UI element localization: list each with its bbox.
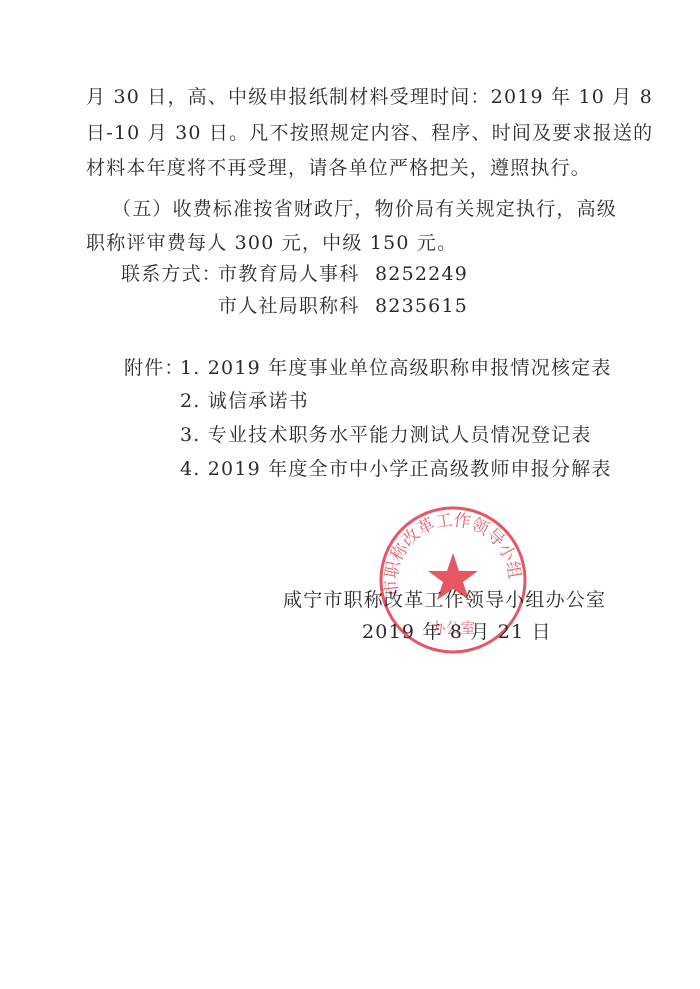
contact-dept-2: 市人社局职称科 <box>218 294 359 318</box>
contact-label: 联系方式： <box>121 262 222 286</box>
section-five-line-1: （五）收费标准按省财政厅，物价局有关规定执行，高级 <box>112 197 617 221</box>
signature-date: 2019 年 8 月 21 日 <box>362 620 552 644</box>
signature-org: 咸宁市职称改革工作领导小组办公室 <box>283 588 606 612</box>
paragraph-line-1: 月 30 日，高、中级申报纸制材料受理时间：2019 年 10 月 8 <box>86 85 653 109</box>
paragraph-line-2: 日-10 月 30 日。凡不按照规定内容、程序、时间及要求报送的 <box>86 121 653 145</box>
section-five-line-2: 职称评审费每人 300 元，中级 150 元。 <box>86 231 457 255</box>
paragraph-line-3: 材料本年度将不再受理，请各单位严格把关，遵照执行。 <box>86 156 591 180</box>
attachment-item-3: 3. 专业技术职务水平能力测试人员情况登记表 <box>180 423 592 447</box>
contact-dept-1: 市教育局人事科 <box>218 262 359 286</box>
attachment-item-2: 2. 诚信承诺书 <box>180 389 309 413</box>
attachment-item-1: 1. 2019 年度事业单位高级职称申报情况核定表 <box>180 356 612 380</box>
attachment-item-4: 4. 2019 年度全市中小学正高级教师申报分解表 <box>180 457 612 481</box>
contact-phone-2: 8235615 <box>375 294 468 318</box>
attachments-label: 附件： <box>124 356 185 380</box>
contact-phone-1: 8252249 <box>375 262 468 286</box>
